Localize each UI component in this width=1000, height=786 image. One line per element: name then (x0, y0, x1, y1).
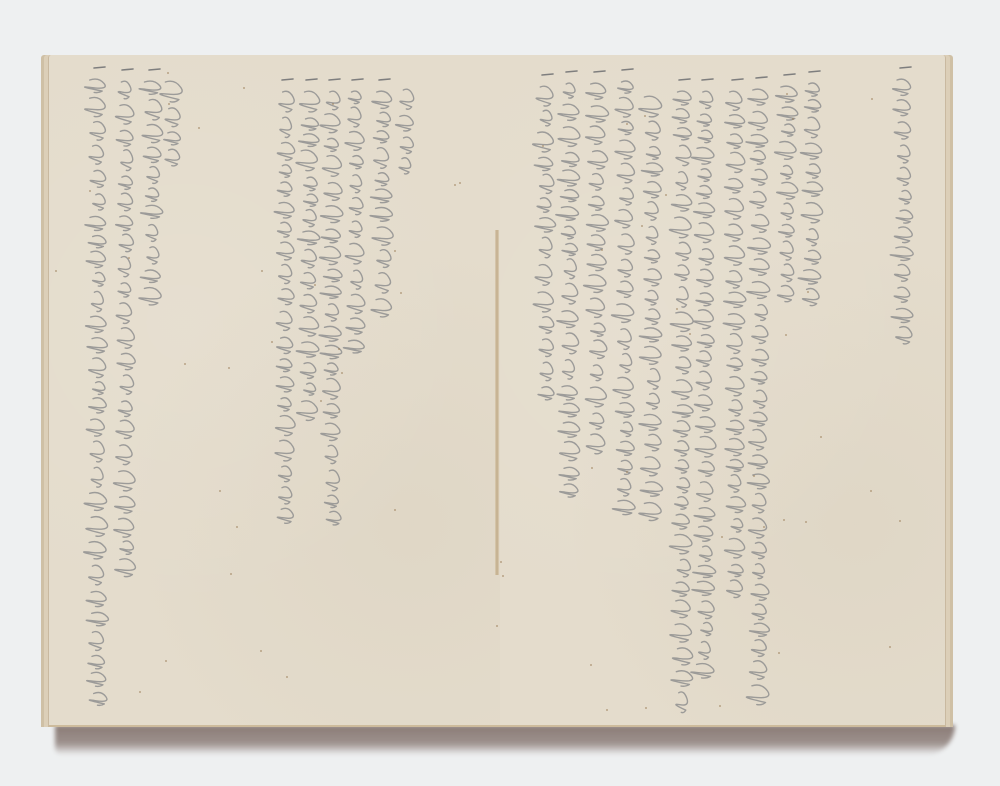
handwritten-column (669, 79, 693, 713)
handwritten-column (798, 71, 822, 306)
paper-speck (786, 93, 788, 95)
bullet-mark (622, 69, 633, 70)
bullet-mark (306, 79, 317, 80)
handwritten-column (370, 79, 393, 317)
handwritten-column (139, 69, 163, 305)
bullet-mark (329, 79, 340, 80)
bullet-mark (594, 71, 605, 72)
handwritten-column (556, 71, 580, 497)
paper-speck (260, 650, 262, 652)
handwritten-column (691, 79, 716, 678)
handwritten-column (319, 79, 343, 525)
paper-speck (400, 292, 402, 294)
handwritten-column (84, 67, 109, 705)
bullet-mark (679, 79, 690, 80)
handwritten-column (746, 77, 770, 705)
handwritten-column (533, 74, 556, 400)
paper-speck (626, 471, 628, 473)
handwritten-column (584, 71, 609, 454)
bullet-mark (379, 79, 390, 80)
bullet-mark (352, 79, 363, 80)
paper-speck (219, 490, 221, 492)
paper-speck (167, 72, 169, 74)
paper-speck (785, 334, 787, 336)
bullet-mark (732, 79, 743, 80)
handwritten-column (296, 79, 320, 420)
paper-speck (261, 270, 263, 272)
handwriting-layer (0, 0, 1000, 786)
handwritten-column (723, 79, 746, 598)
handwritten-column (160, 81, 182, 166)
handwritten-column (890, 67, 913, 344)
handwritten-column (396, 89, 414, 174)
paper-speck (286, 676, 288, 678)
paper-speck (753, 475, 755, 477)
bullet-mark (282, 79, 293, 80)
bullet-mark (756, 77, 767, 78)
paper-speck (139, 691, 141, 693)
handwritten-column (611, 69, 635, 515)
paper-speck (314, 284, 316, 286)
paper-speck (644, 115, 646, 117)
bullet-mark (702, 79, 713, 80)
bullet-mark (784, 74, 795, 75)
bullet-mark (809, 71, 820, 72)
paper-speck (871, 98, 873, 100)
bullet-mark (566, 71, 577, 72)
bullet-mark (900, 67, 911, 68)
bullet-mark (94, 67, 105, 68)
paper-speck (870, 490, 872, 492)
paper-speck (601, 249, 603, 251)
handwritten-column (113, 69, 135, 577)
paper-speck (899, 520, 901, 522)
paper-speck (338, 348, 340, 350)
paper-speck (665, 194, 667, 196)
handwritten-column (775, 74, 798, 302)
paper-speck (721, 536, 723, 538)
bullet-mark (122, 69, 133, 70)
handwritten-column (639, 96, 663, 520)
handwritten-column (274, 79, 295, 523)
bullet-mark (149, 69, 160, 70)
bullet-mark (542, 74, 553, 75)
paper-speck (341, 372, 343, 374)
paper-speck (168, 103, 170, 105)
paper-speck (792, 118, 794, 120)
handwritten-column (343, 79, 364, 353)
